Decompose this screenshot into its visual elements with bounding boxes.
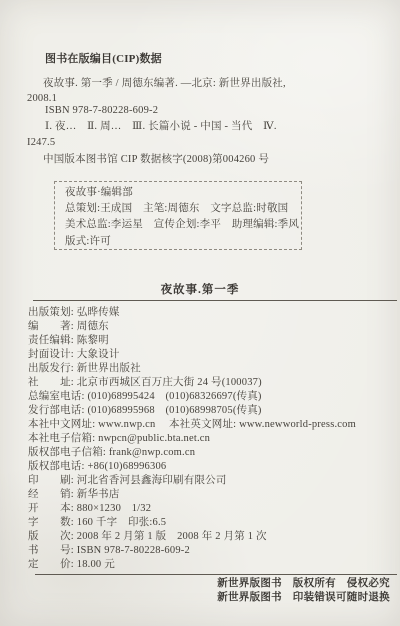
colophon-line-distributor: 经 销: 新华书店 [28,488,356,502]
colophon-line-printer: 印 刷: 河北省香河县鑫海印刷有限公司 [28,474,356,488]
colophon-line-websites: 本社中文网址: www.nwp.cn 本社英文网址: www.newworld-… [28,418,356,432]
colophon-line-rights-phone: 版权部电话: +86(10)68996306 [28,460,356,474]
cip-clc-code: I247.5 [27,137,55,149]
book-title: 夜故事.第一季 [0,281,400,297]
footer-notes: 新世界版图书 版权所有 侵权必究 新世界版图书 印装错误可随时退换 [217,577,390,604]
colophon-line-publisher: 出版发行: 新世界出版社 [28,362,356,376]
returns-notice: 新世界版图书 印装错误可随时退换 [217,591,390,605]
colophon-line-price: 定 价: 18.00 元 [28,558,356,572]
colophon-line-email: 本社电子信箱: nwpcn@public.bta.net.cn [28,432,356,446]
editorial-team-box: 夜故事·编辑部 总策划:王成国 主笔:周德东 文字总监:时敬国 美术总监:李运星… [54,181,302,250]
colophon-section: 出版策划: 弘晔传媒 编 著: 周德东 责任编辑: 陈黎明 封面设计: 大象设计… [28,306,356,572]
colophon-line-address: 社 址: 北京市西城区百万庄大街 24 号(100037) [28,376,356,390]
colophon-line-edition: 版 次: 2008 年 2 月第 1 版 2008 年 2 月第 1 次 [28,530,356,544]
cip-heading: 图书在版编目(CIP)数据 [45,53,162,65]
colophon-line-format: 开 本: 880×1230 1/32 [28,502,356,516]
colophon-line-publishing-planner: 出版策划: 弘晔传媒 [28,306,356,320]
cip-classification: Ⅰ. 夜… Ⅱ. 周… Ⅲ. 长篇小说 - 中国 - 当代 Ⅳ. [45,121,277,133]
colophon-line-book-isbn: 书 号: ISBN 978-7-80228-609-2 [28,544,356,558]
cip-isbn: ISBN 978-7-80228-609-2 [45,105,158,117]
colophon-line-word-count: 字 数: 160 千字 印张:6.5 [28,516,356,530]
colophon-line-author: 编 著: 周德东 [28,320,356,334]
footer-divider [35,574,397,575]
title-divider [33,300,397,301]
colophon-line-rights-email: 版权部电子信箱: frank@nwp.com.cn [28,446,356,460]
book-copyright-page: 图书在版编目(CIP)数据 夜故事. 第一季 / 周德东编著. —北京: 新世界… [0,0,400,626]
editorial-box-title: 夜故事·编辑部 [65,185,301,201]
cip-entry-line-1: 夜故事. 第一季 / 周德东编著. —北京: 新世界出版社, [43,78,286,90]
cip-registry-number: 中国版本图书馆 CIP 数据核字(2008)第004260 号 [43,154,269,166]
colophon-line-responsible-editor: 责任编辑: 陈黎明 [28,334,356,348]
editorial-credits-line: 总策划:王成国 主笔:周德东 文字总监:时敬国 [65,201,301,217]
cip-entry-line-2: 2008.1 [27,93,57,105]
colophon-line-cover-design: 封面设计: 大象设计 [28,348,356,362]
colophon-line-editorial-office-phone: 总编室电话: (010)68995424 (010)68326697(传真) [28,390,356,404]
editorial-credits-line: 美术总监:李运星 宣传企划:李平 助理编辑:季风 [65,217,301,233]
editorial-credits-line: 版式:许可 [65,234,301,250]
copyright-notice: 新世界版图书 版权所有 侵权必究 [217,577,390,591]
colophon-line-distribution-phone: 发行部电话: (010)68995968 (010)68998705(传真) [28,404,356,418]
